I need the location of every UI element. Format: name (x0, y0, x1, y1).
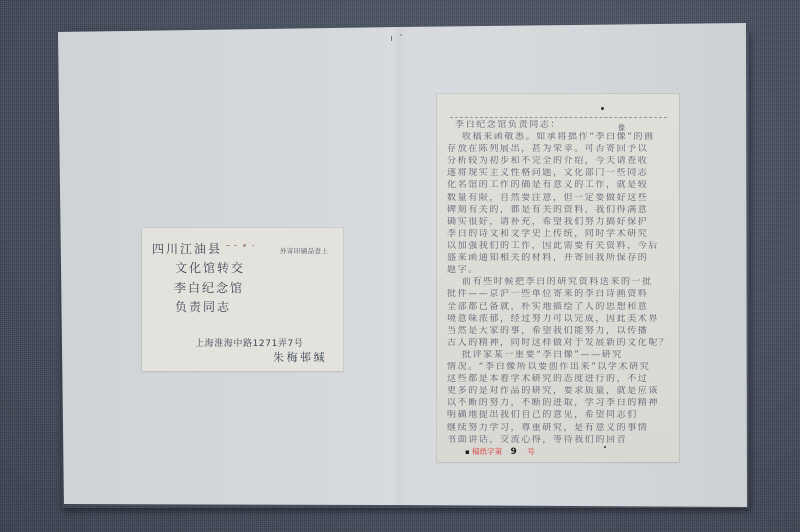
rust-mark (252, 245, 254, 246)
rust-mark (243, 244, 246, 247)
sender-address: 上海淮海中路1271弄7号 (195, 336, 303, 349)
ink-spot (604, 446, 606, 448)
letter-line: 李白的诗文和文学史上传统，同时学术研究 (447, 229, 669, 240)
recipient-line-person: 负责同志 (175, 298, 231, 315)
letter-line: 书面讲话，交流心得，等待我们的回音 (447, 435, 669, 446)
letter-line: 批件——京沪一些单位寄来的李白诗画资料 (447, 289, 669, 300)
letter-line: 收稿来函敬悉。如承将拙作“李白像”的画 (462, 132, 669, 143)
recipient-line-office: 文化馆转交 (175, 259, 245, 276)
letter-line: 前有些时候把李白的研究资料送来的一批 (462, 277, 669, 288)
letter-line: 这些都是本着学术研究的态度进行的，不过 (447, 374, 669, 385)
letter-line: 分析较为初步和不完全的介绍，今天请查收 (447, 156, 669, 167)
letter-line: 明确地提出我们自己的意见，希望同志们 (447, 410, 669, 421)
letter-line: 碑刻有关的，都是有关的资料，我们得满意 (447, 205, 669, 216)
handwritten-letter: 像 李白纪念馆负责同志： 收稿来函敬悉。如承将拙作“李白像”的画 存放在陈列展出… (437, 94, 679, 462)
letter-line: 确实很好，请补充，希望我们努力搞好保护 (447, 217, 669, 228)
footer-mark: ▪ (465, 447, 470, 457)
recipient-line-province: 四川江油县 (152, 240, 222, 257)
letter-line: 以不断的努力，不断的进取，学习李白的精神 (447, 398, 669, 409)
letter-line: 数量有限，自然要注意，但一定要做好这些 (447, 193, 669, 204)
rust-mark (234, 245, 237, 246)
recipient-line-museum: 李白纪念馆 (174, 279, 244, 296)
envelope-note: 外寄印刷品壹上 (280, 246, 328, 255)
letter-line: 以加强我们的工作，因此需要有关资料，今后 (447, 241, 669, 252)
footer-label: 稿纸字第 (472, 447, 502, 457)
folder-spine (396, 27, 398, 505)
pencil-mark (391, 36, 392, 41)
ink-spot (601, 107, 604, 110)
pencil-mark (400, 34, 402, 36)
letter-line: 题字。 (447, 265, 669, 276)
letter-line: 当然是大家的事，希望我们能努力，以传播 (447, 326, 669, 337)
letter-line: 全部都已备就，朴实地描绘了人的思想和意 (447, 302, 669, 313)
letter-line: 古人的精神，同时这样做对于发展新的文化呢？ (447, 338, 669, 349)
letter-line: 继续努力学习，尊重研究，是有意义的事情 (447, 423, 669, 434)
letter-line: 批评家某一重要“李白像”——研究 (462, 350, 669, 361)
letter-footer-stamp: ▪ 稿纸字第 9 号 (465, 447, 535, 457)
letter-line: 存放在陈列展出，甚为荣幸。可否寄回予以 (447, 144, 669, 155)
letter-line: 化名馆的工作的确是有意义的工作，就是较 (447, 180, 669, 191)
letter-salutation: 李白纪念馆负责同志： (455, 120, 677, 131)
footer-number: 9 (511, 447, 517, 457)
letterhead-rule (450, 117, 667, 118)
letter-line: 情况。“李白像所以要创作出来”以学术研究 (447, 362, 669, 373)
rust-mark (226, 245, 230, 246)
footer-suffix: 号 (527, 447, 535, 457)
letter-line: 遂将现实主义性格问题，文化部门一些同志 (447, 168, 669, 179)
sender-name: 朱梅邨缄 (273, 349, 327, 365)
letter-line: 更多的是对作品的研究，要求质量，就是应该 (447, 386, 669, 397)
letter-line: 境意味浓郁，经过努力可以完成，因此美术界 (447, 314, 669, 325)
letter-line: 盛来函通知相关的材料，并寄回我所保存的 (447, 253, 669, 264)
envelope: 四川江油县 文化馆转交 李白纪念馆 负责同志 外寄印刷品壹上 上海淮海中路127… (142, 228, 343, 371)
